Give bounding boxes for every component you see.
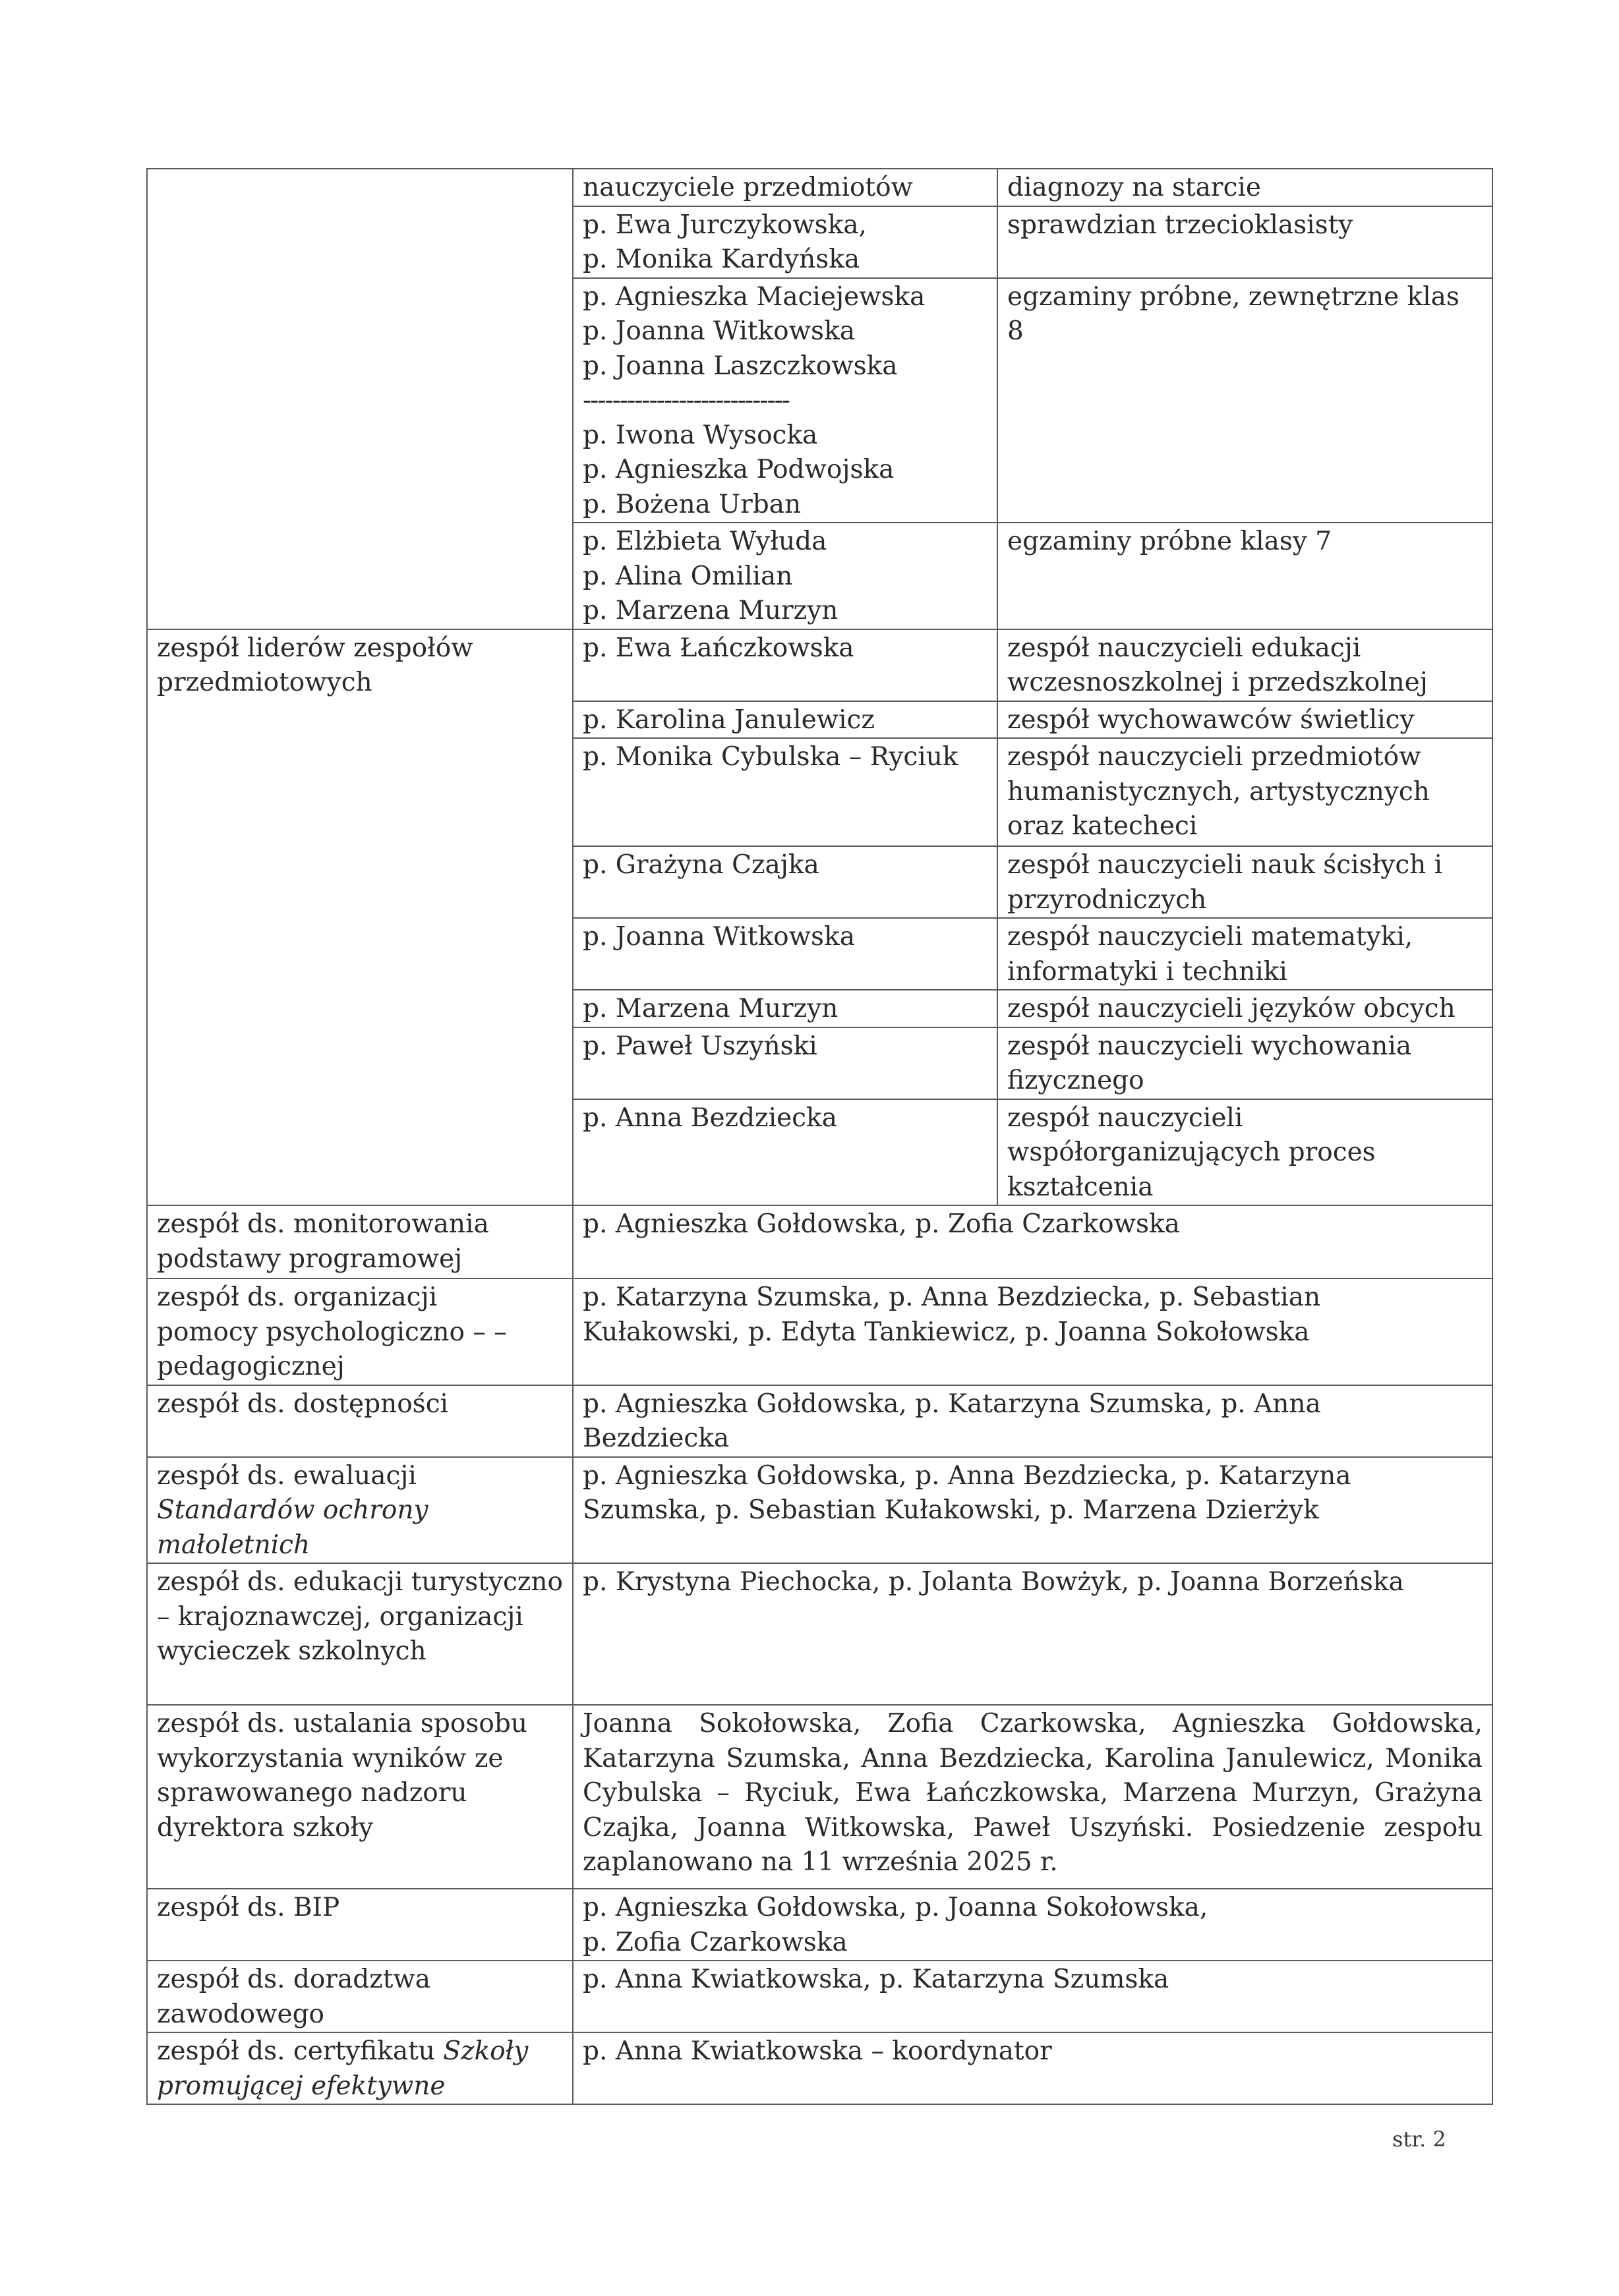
leader-cell: p. Anna Bezdziecka <box>573 1099 997 1206</box>
team-name: zespół ds. edukacji turystyczno – krajoz… <box>157 1567 563 1666</box>
group-name: zespół nauczycieli wychowania fizycznego <box>1007 1031 1411 1096</box>
table-row: zespół ds. ewaluacji Standardów ochrony … <box>147 1457 1492 1564</box>
members-cell: p. Agnieszka Gołdowska, p. Katarzyna Szu… <box>573 1385 1492 1457</box>
group-cell: zespół nauczycieli edukacji wczesnoszkol… <box>997 629 1492 701</box>
members-cell: p. Anna Kwiatkowska – koordynator <box>573 2032 1492 2104</box>
members-cell: nauczyciele przedmiotów <box>573 169 997 206</box>
team-name-cell: zespół ds. monitorowania podstawy progra… <box>147 1205 573 1278</box>
scope-cell: sprawdzian trzecioklasisty <box>997 206 1492 278</box>
leader-name: p. Karolina Janulewicz <box>583 705 875 735</box>
member-name: p. Elżbieta Wyłuda <box>583 525 987 560</box>
member-name: p. Alina Omilian <box>583 560 987 594</box>
members-cell: p. Agnieszka Gołdowska, p. Anna Bezdziec… <box>573 1457 1492 1564</box>
team-name-cell: zespół ds. BIP <box>147 1889 573 1961</box>
member-name: p. Bożena Urban <box>583 488 987 523</box>
group-cell: zespół nauczycieli matematyki, informaty… <box>997 918 1492 990</box>
leader-cell: p. Monika Cybulska – Ryciuk <box>573 738 997 846</box>
group-name: zespół wychowawców świetlicy <box>1007 705 1415 735</box>
table-row: zespół ds. monitorowania podstawy progra… <box>147 1205 1492 1278</box>
leader-cell: p. Grażyna Czajka <box>573 846 997 918</box>
members-cell: p. Elżbieta Wyłuda p. Alina Omilian p. M… <box>573 523 997 629</box>
scope-text: sprawdzian trzecioklasisty <box>1007 210 1353 240</box>
members-cell: p. Ewa Jurczykowska, p. Monika Kardyńska <box>573 206 997 278</box>
group-cell: zespół nauczycieli języków obcych <box>997 990 1492 1027</box>
document-page: nauczyciele przedmiotów diagnozy na star… <box>0 0 1619 2296</box>
members-cell: p. Agnieszka Maciejewska p. Joanna Witko… <box>573 278 997 523</box>
scope-cell: egzaminy próbne, zewnętrzne klas 8 <box>997 278 1492 523</box>
leader-cell: p. Karolina Janulewicz <box>573 701 997 739</box>
page-number: str. 2 <box>1392 2127 1446 2152</box>
team-name-italic: Standardów ochrony małoletnich <box>157 1495 428 1560</box>
members-text: p. Anna Kwiatkowska – koordynator <box>583 2036 1052 2066</box>
members-text: p. Anna Kwiatkowska, p. Katarzyna Szumsk… <box>583 1965 1169 1994</box>
leader-name: p. Paweł Uszyński <box>583 1031 817 1061</box>
members-text: Joanna Sokołowska, Zofia Czarkowska, Agn… <box>583 1709 1483 1877</box>
group-name: zespół nauczycieli edukacji wczesnoszkol… <box>1007 633 1428 698</box>
members-text: p. Zofia Czarkowska <box>583 1926 1483 1961</box>
team-name-cell: zespół ds. ustalania sposobu wykorzystan… <box>147 1705 573 1889</box>
table-row: nauczyciele przedmiotów diagnozy na star… <box>147 169 1492 206</box>
members-cell: p. Krystyna Piechocka, p. Jolanta Bowżyk… <box>573 1563 1492 1705</box>
team-name: zespół ds. BIP <box>157 1893 339 1922</box>
team-name: zespół ds. monitorowania podstawy progra… <box>157 1209 489 1274</box>
members-cell: p. Agnieszka Gołdowska, p. Zofia Czarkow… <box>573 1205 1492 1278</box>
scope-cell: diagnozy na starcie <box>997 169 1492 206</box>
leader-name: p. Grażyna Czajka <box>583 850 819 880</box>
members-text: p. Agnieszka Gołdowska, p. Joanna Sokoło… <box>583 1891 1483 1926</box>
group-cell: zespół nauczycieli wychowania fizycznego <box>997 1027 1492 1099</box>
table-row: zespół ds. organizacji pomocy psychologi… <box>147 1278 1492 1385</box>
member-name: nauczyciele przedmiotów <box>583 173 913 202</box>
team-name: zespół ds. dostępności <box>157 1389 448 1419</box>
members-text: p. Krystyna Piechocka, p. Jolanta Bowżyk… <box>583 1567 1404 1597</box>
team-name-cell: zespół liderów zespołów przedmiotowych <box>147 629 573 1206</box>
members-text: p. Agnieszka Gołdowska, p. Zofia Czarkow… <box>583 1209 1180 1239</box>
members-text: p. Agnieszka Gołdowska, p. Katarzyna Szu… <box>583 1389 1321 1454</box>
team-name: zespół liderów zespołów przedmiotowych <box>157 633 473 698</box>
team-name-cell: zespół ds. certyfikatu Szkoły promującej… <box>147 2032 573 2104</box>
scope-text: diagnozy na starcie <box>1007 173 1261 202</box>
group-name: zespół nauczycieli nauk ścisłych i przyr… <box>1007 850 1442 915</box>
team-name-cell: zespół ds. organizacji pomocy psychologi… <box>147 1278 573 1385</box>
members-cell: p. Agnieszka Gołdowska, p. Joanna Sokoło… <box>573 1889 1492 1961</box>
scope-cell: egzaminy próbne klasy 7 <box>997 523 1492 629</box>
group-cell: zespół nauczycieli przedmiotów humanisty… <box>997 738 1492 846</box>
table-row: zespół ds. doradztwa zawodowego p. Anna … <box>147 1961 1492 2032</box>
leader-name: p. Anna Bezdziecka <box>583 1103 837 1133</box>
members-text: p. Katarzyna Szumska, p. Anna Bezdziecka… <box>583 1282 1320 1347</box>
leader-cell: p. Marzena Murzyn <box>573 990 997 1027</box>
members-cell: p. Katarzyna Szumska, p. Anna Bezdziecka… <box>573 1278 1492 1385</box>
leader-name: p. Monika Cybulska – Ryciuk <box>583 742 958 772</box>
group-name: zespół nauczycieli przedmiotów humanisty… <box>1007 742 1430 841</box>
team-name: zespół ds. ewaluacji <box>157 1461 417 1491</box>
member-name: p. Joanna Laszczkowska <box>583 349 987 384</box>
members-cell: p. Anna Kwiatkowska, p. Katarzyna Szumsk… <box>573 1961 1492 2032</box>
member-name: p. Ewa Jurczykowska, <box>583 208 987 243</box>
leader-cell: p. Ewa Łańczkowska <box>573 629 997 701</box>
member-name: p. Monika Kardyńska <box>583 243 987 277</box>
leader-name: p. Ewa Łańczkowska <box>583 633 854 663</box>
member-name: p. Agnieszka Maciejewska <box>583 280 987 315</box>
member-name: p. Iwona Wysocka <box>583 418 987 453</box>
member-name: p. Agnieszka Podwojska <box>583 453 987 488</box>
table-row: zespół ds. certyfikatu Szkoły promującej… <box>147 2032 1492 2104</box>
separator-line: ---------------------------- <box>583 384 987 418</box>
table-row: zespół ds. BIP p. Agnieszka Gołdowska, p… <box>147 1889 1492 1961</box>
table-row: zespół ds. dostępności p. Agnieszka Gołd… <box>147 1385 1492 1457</box>
team-name-cell: zespół ds. edukacji turystyczno – krajoz… <box>147 1563 573 1705</box>
group-cell: zespół wychowawców świetlicy <box>997 701 1492 739</box>
member-name: p. Marzena Murzyn <box>583 594 987 629</box>
members-text: p. Agnieszka Gołdowska, p. Anna Bezdziec… <box>583 1461 1351 1526</box>
scope-text: egzaminy próbne, zewnętrzne klas 8 <box>1007 282 1459 347</box>
team-name-cell: zespół ds. doradztwa zawodowego <box>147 1961 573 2032</box>
group-name: zespół nauczycieli języków obcych <box>1007 994 1456 1023</box>
group-cell: zespół nauczycieli nauk ścisłych i przyr… <box>997 846 1492 918</box>
members-cell: Joanna Sokołowska, Zofia Czarkowska, Agn… <box>573 1705 1492 1889</box>
member-name: p. Joanna Witkowska <box>583 314 987 349</box>
table-row: zespół liderów zespołów przedmiotowych p… <box>147 629 1492 701</box>
group-cell: zespół nauczycieli współorganizujących p… <box>997 1099 1492 1206</box>
table-row: zespół ds. ustalania sposobu wykorzystan… <box>147 1705 1492 1889</box>
table-row: zespół ds. edukacji turystyczno – krajoz… <box>147 1563 1492 1705</box>
team-name: zespół ds. organizacji pomocy psychologi… <box>157 1282 507 1381</box>
scope-text: egzaminy próbne klasy 7 <box>1007 527 1332 556</box>
leader-name: p. Marzena Murzyn <box>583 994 838 1023</box>
group-name: zespół nauczycieli matematyki, informaty… <box>1007 922 1413 987</box>
group-name: zespół nauczycieli współorganizujących p… <box>1007 1103 1376 1202</box>
team-name-cell <box>147 169 573 629</box>
team-name: zespół ds. certyfikatu <box>157 2036 435 2066</box>
team-name: zespół ds. ustalania sposobu wykorzystan… <box>157 1709 527 1843</box>
teams-table: nauczyciele przedmiotów diagnozy na star… <box>146 168 1493 2105</box>
leader-name: p. Joanna Witkowska <box>583 922 855 952</box>
leader-cell: p. Joanna Witkowska <box>573 918 997 990</box>
leader-cell: p. Paweł Uszyński <box>573 1027 997 1099</box>
team-name-cell: zespół ds. dostępności <box>147 1385 573 1457</box>
team-name: zespół ds. doradztwa zawodowego <box>157 1965 430 2029</box>
team-name-cell: zespół ds. ewaluacji Standardów ochrony … <box>147 1457 573 1564</box>
